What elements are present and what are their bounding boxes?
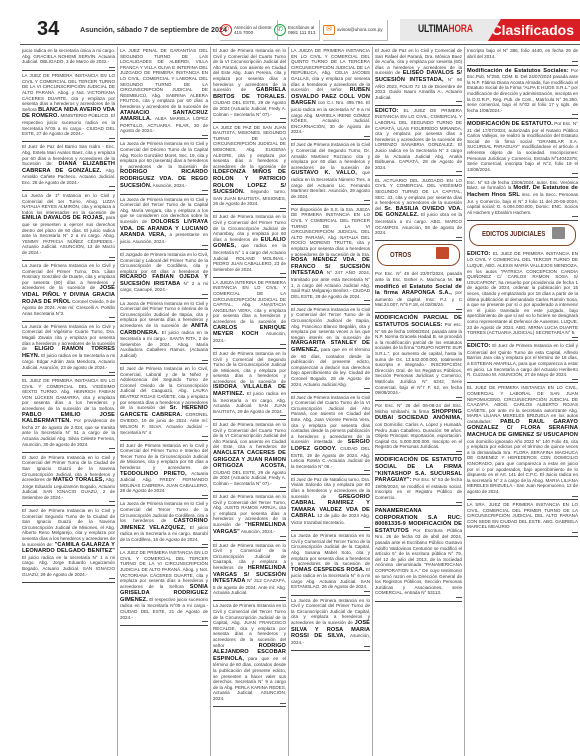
classified-notice: juicio radica en la secretaria única a m… xyxy=(22,47,115,71)
classified-notice: El Juez de Primera Instancia en lo Civil… xyxy=(213,421,286,492)
classified-notice: La Jueza de Primera Instancia en lo Civi… xyxy=(22,262,115,322)
column-3: El Juez de Primera Instancia en lo Civil… xyxy=(211,47,289,756)
ad-code-tag: ▬▬ xyxy=(213,596,286,599)
classified-notice: El Juez de Primera Instancia en lo Civil… xyxy=(120,365,208,441)
classified-notice: El Juez de Primera Instancia en lo Civil… xyxy=(213,542,286,602)
page-number: 34 xyxy=(37,18,59,41)
section-icon xyxy=(552,227,565,239)
classified-notice: EL JUEZ DE PRIMERA INSTANCIA EN LO CIVIL… xyxy=(22,377,115,453)
classified-notice: La Jueza de Primera Instancia en lo Civi… xyxy=(120,500,208,548)
ad-code-tag: ▬▬ xyxy=(120,134,208,137)
classified-notice: El Juez de Primera Instancia en lo Civil… xyxy=(291,394,370,475)
classified-notice: LA JUEZA DE PRIMERA INSTANCIA EN LO CIVI… xyxy=(291,47,370,140)
classified-notice: La Jueza de 1ª Instancia en lo Civil y C… xyxy=(22,192,115,261)
ad-code-tag: ▬▬ xyxy=(120,244,208,247)
ad-code-tag: ▬▬ xyxy=(22,500,115,503)
classified-notice: LA JUEZA INTERINA DE PRIMERA INSTANCIA E… xyxy=(213,279,286,349)
classified-notice: La Jueza de Primera Instancia en lo Civi… xyxy=(291,597,370,651)
ad-code-tag: ▬▬ xyxy=(375,596,462,599)
classified-notice: La Jueza de Primera Instancia en lo Civi… xyxy=(120,196,208,250)
page-header: 34 Asunción, sábado 7 de septiembre de 2… xyxy=(20,16,580,44)
notice-name: TOMAS CESPEDES ROSA. xyxy=(291,567,365,573)
ad-code-tag: ▬▬ xyxy=(120,293,208,296)
section-banner: OTROS xyxy=(377,244,460,266)
classified-notice: MODIFICACIÓN DE ESTATUTO SOCIAL DE LA FI… xyxy=(375,456,462,506)
classified-notice: El Juez de Paz en lo Civil y Comercial d… xyxy=(375,47,462,106)
ad-code-tag: ▬▬ xyxy=(213,272,286,275)
customer-service-contact: ✆ Atención al cliente:415 7000 xyxy=(220,20,278,41)
classified-notice: Inscripto bajo el N° 386, folio 4440, en… xyxy=(467,47,578,66)
classified-notice: El Juez de Primera Instancia en lo Civil… xyxy=(120,442,208,500)
classified-notice: EDICTO: El Juez de Primera Instancia en … xyxy=(467,342,578,383)
notice-name: GUSTAVO K. VALLO, xyxy=(291,170,357,176)
classified-notice: El Juez de Primera Instancia en lo Civil… xyxy=(291,141,370,204)
column-4: LA JUEZA DE PRIMERA INSTANCIA EN LO CIVI… xyxy=(289,47,373,756)
classified-notice: Por Esc. N° 26 del 06-08-24 del Esc. Mic… xyxy=(375,402,462,455)
notice-name: MATEO TORALES, xyxy=(53,477,104,483)
ad-code-tag: ▬▬ xyxy=(375,236,462,239)
notice-name: EMILIA DAVALOS DE ROJAS, xyxy=(22,215,104,221)
section-banner: EDICTOS JUDICIALES xyxy=(469,224,576,246)
mail-icon: ✉ xyxy=(323,25,335,35)
classified-notice: El Juzgado de Primera Instancia en lo Ci… xyxy=(120,251,208,299)
ad-code-tag: ▬▬ xyxy=(120,189,208,192)
ad-code-tag: ▬▬ xyxy=(375,308,462,311)
ad-code-tag: ▬▬ xyxy=(467,378,578,381)
header-divider xyxy=(20,44,580,45)
classified-notice: MODIFICACIÓN DE ESTATUTO. Por Esc. N° 21… xyxy=(467,120,578,178)
ad-code-tag: ▬▬ xyxy=(375,396,462,399)
ad-code-tag: ▬▬ xyxy=(120,620,208,623)
ad-code-tag: ▬▬ xyxy=(375,501,462,504)
ad-code-tag: ▬▬ xyxy=(375,170,462,173)
classified-notice: Por disposición de S.S. la Sra. JUEZA DE… xyxy=(291,206,370,305)
ad-code-tag: ▬▬ xyxy=(467,113,578,116)
classifieds-columns: juicio radica en la secretaria única a m… xyxy=(20,47,580,756)
ad-code-tag: ▬▬ xyxy=(467,215,578,218)
ad-code-tag: ▬▬ xyxy=(467,60,578,63)
email-contact: ✉ avisos@uhora.com.py xyxy=(323,20,388,41)
classified-notice: La Jueza de Primera Instancia en lo Civi… xyxy=(120,140,208,194)
ad-code-tag: ▬▬ xyxy=(291,299,370,302)
classified-notice: LA SRA. JUEZ DE PRIMERA INSTANCIA EN LO … xyxy=(467,501,578,536)
ad-code-tag: ▬▬ xyxy=(291,135,370,138)
section-banner-label: EDICTOS JUDICIALES xyxy=(482,231,545,238)
ad-code-tag: ▬▬ xyxy=(467,172,578,175)
classified-notice: Modificación de Estatutos Sociales: Por … xyxy=(467,67,578,119)
column-1: juicio radica en la secretaria única a m… xyxy=(20,47,118,756)
classified-notice: La Jueza de Primera Instancia en lo Civi… xyxy=(291,532,370,595)
ad-code-tag: ▬▬ xyxy=(120,359,208,362)
section-banner-label: OTROS xyxy=(390,252,411,259)
ad-code-tag: ▬▬ xyxy=(213,414,286,417)
classified-notice: La Jueza de Primera Instancia en lo Civi… xyxy=(22,323,115,376)
classified-notice: EDICTO: EL JUEZ DE PRIMERA INSTANCIA EN … xyxy=(375,107,462,176)
ad-code-tag: ▬▬ xyxy=(375,100,462,103)
notice-name: Modificación de Estatutos Sociales: xyxy=(467,68,569,74)
classified-notice: LA JUEZ PENAL DE GARANTÍAS DEL SEGUNDO T… xyxy=(120,47,208,139)
whatsapp-icon: ✆ xyxy=(274,24,286,36)
classified-notice: El Juez de Paz del Barrio San Isidro - E… xyxy=(22,143,115,191)
classified-notice: La Jueza de Primera Instancia en lo Civi… xyxy=(120,300,208,364)
ad-code-tag: ▬▬ xyxy=(120,435,208,438)
ad-code-tag: ▬▬ xyxy=(213,117,286,120)
ad-code-tag: ▬▬ xyxy=(213,486,286,489)
ad-code-tag: ▬▬ xyxy=(291,526,370,529)
section-title: Clasificados xyxy=(488,19,580,41)
ad-code-tag: ▬▬ xyxy=(120,543,208,546)
classified-notice: EDICTO: EL JUEZ DE PRIMERA INSTANCIA EN … xyxy=(467,250,578,341)
classified-notice: Por Esc. N° 49 del 23/07/2024, pasada an… xyxy=(375,270,462,313)
ad-code-tag: ▬▬ xyxy=(291,590,370,593)
ad-code-tag: ▬▬ xyxy=(291,645,370,648)
phone-icon: ✆ xyxy=(220,24,232,36)
ad-code-tag: ▬▬ xyxy=(22,447,115,450)
ad-code-tag: ▬▬ xyxy=(467,336,578,339)
notice-name: EDICTO: xyxy=(467,251,491,257)
ad-code-tag: ▬▬ xyxy=(120,494,208,497)
page-date: Asunción, sábado 7 de septiembre de 2024 xyxy=(80,25,227,34)
classified-notice: LA JUEZ DE PAZ DE SAN JUAN BAUTISTA, MIS… xyxy=(213,124,286,213)
ad-code-tag: ▬▬ xyxy=(291,199,370,202)
classified-notice: La Jueza de Primera Instancia en lo Civi… xyxy=(213,602,286,707)
classified-notice: El Juez de Primera Instancia en lo Civil… xyxy=(213,350,286,420)
ad-code-tag: ▬▬ xyxy=(22,185,115,188)
brand-logo: ULTIMAHORA xyxy=(418,23,473,35)
classified-notice: LA JUEZ DE PRIMERA INSTANCIA EN LO CIVIL… xyxy=(120,549,208,626)
notice-name: MODIFICACIÓN DE ESTATUTO. xyxy=(467,121,553,127)
ad-code-tag: ▬▬ xyxy=(22,371,115,374)
ad-code-tag: ▬▬ xyxy=(22,256,115,259)
notice-name: EDICTO: xyxy=(375,108,399,114)
classified-notice: PANAMERICANA CORPORATION S.A RUC: 800813… xyxy=(375,507,462,601)
classified-notice: Esc. N° 53 de fecha 13/06/2024, autor. E… xyxy=(467,179,578,221)
section-icon xyxy=(436,247,449,259)
column-6: Inscripto bajo el N° 386, folio 4440, en… xyxy=(465,47,580,756)
ad-code-tag: ▬▬ xyxy=(22,316,115,319)
brand-bar: ULTIMAHORA Clasificados xyxy=(400,19,580,41)
column-5: El Juez de Paz en lo Civil y Comercial d… xyxy=(373,47,465,756)
ad-code-tag: ▬▬ xyxy=(467,531,578,534)
whatsapp-contact: ✆ Escríbinos al0981 111 013 xyxy=(274,20,320,41)
ad-code-tag: ▬▬ xyxy=(213,702,286,705)
ad-code-tag: ▬▬ xyxy=(213,343,286,346)
ad-code-tag: ▬▬ xyxy=(467,495,578,498)
classified-notice: El Juez de Primera Instancia en lo Civil… xyxy=(22,507,115,583)
classified-notice: LA JUEZ DE PRIMERA INSTANCIA EN LO CIVIL… xyxy=(22,72,115,142)
notice-name: TEODOLINDO PRIETO, xyxy=(120,471,187,477)
classified-notice: EL ACTUARIO DEL JUZGADO EN LO CIVIL Y CO… xyxy=(375,177,462,241)
ad-code-tag: ▬▬ xyxy=(22,137,115,140)
classified-notice: El Juez de Paz de Natalicio turno, Dra. … xyxy=(291,476,370,531)
classified-notice: El Juez de Primera Instancia en lo Civil… xyxy=(291,306,370,393)
column-2: LA JUEZ PENAL DE GARANTÍAS DEL SEGUNDO T… xyxy=(118,47,211,756)
ad-code-tag: ▬▬ xyxy=(22,577,115,580)
classified-notice: El Juez de Primera Instancia en lo Civil… xyxy=(213,493,286,541)
classified-notice: El Juez de Primera Instancia en lo Civil… xyxy=(213,213,286,277)
ad-code-tag: ▬▬ xyxy=(22,66,115,69)
classified-notice: MODIFICACIÓN PARCIAL DE ESTATUTOS SOCIAL… xyxy=(375,314,462,401)
ad-code-tag: ▬▬ xyxy=(213,535,286,538)
ad-code-tag: ▬▬ xyxy=(291,469,370,472)
ad-code-tag: ▬▬ xyxy=(375,450,462,453)
classified-notice: El Juez de Primera Instancia en lo Civil… xyxy=(213,47,286,123)
ad-code-tag: ▬▬ xyxy=(213,207,286,210)
classified-notice: El Juez de Primera Instancia en lo Civil… xyxy=(22,454,115,506)
classified-notice: EL JUEZ DE PRIMERA INSTANCIA EN LO CIVIL… xyxy=(467,384,578,500)
notice-name: ANACLETA CACERES DE GRIGOZA Y JUAN RAMON… xyxy=(213,450,286,469)
notice-name: EDICTO: xyxy=(467,343,491,349)
ad-code-tag: ▬▬ xyxy=(291,387,370,390)
